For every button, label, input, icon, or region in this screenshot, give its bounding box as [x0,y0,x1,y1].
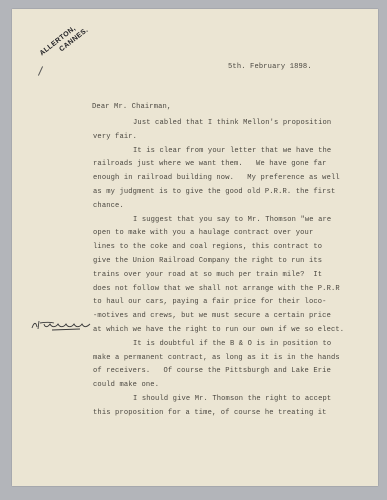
body-line: It is doubtful if the B & O is in positi… [93,338,344,352]
body-line: chance. [93,200,344,214]
body-line: I suggest that you say to Mr. Thomson "w… [93,214,344,228]
body-line: open to make with you a haulage contract… [93,227,344,241]
body-line: Just cabled that I think Mellon's propos… [93,117,344,131]
body-line: this proposition for a time, of course h… [93,407,344,421]
body-line: lines to the coke and coal regions, this… [93,241,344,255]
letter-date: 5th. February 1898. [228,63,312,71]
body-line: It is clear from your letter that we hav… [93,145,344,159]
body-line: does not follow that we shall not arrang… [93,283,344,297]
body-line: give the Union Railroad Company the righ… [93,255,344,269]
body-line: could make one. [93,379,344,393]
body-line: as my judgment is to give the good old P… [93,186,344,200]
body-line: very fair. [93,131,344,145]
body-line: enough in railroad building now. My pref… [93,172,344,186]
body-line: of receivers. Of course the Pittsburgh a… [93,365,344,379]
body-line: at which we have the right to run our ow… [93,324,344,338]
body-line: to haul our cars, paying a fair price fo… [93,296,344,310]
body-line: make a permanent contract, as long as it… [93,352,344,366]
letter-body: Just cabled that I think Mellon's propos… [93,117,344,421]
salutation: Dear Mr. Chairman, [92,103,171,111]
letterhead-stamp: ALLERTON, CANNES. [38,19,90,65]
body-line: I should give Mr. Thomson the right to a… [93,393,344,407]
body-line: railroads just where we want them. We ha… [93,158,344,172]
body-line: -motives and crews, but we must secure a… [93,310,344,324]
handwritten-margin-note-icon [30,318,92,332]
body-line: trains over your road at so much per tra… [93,269,344,283]
